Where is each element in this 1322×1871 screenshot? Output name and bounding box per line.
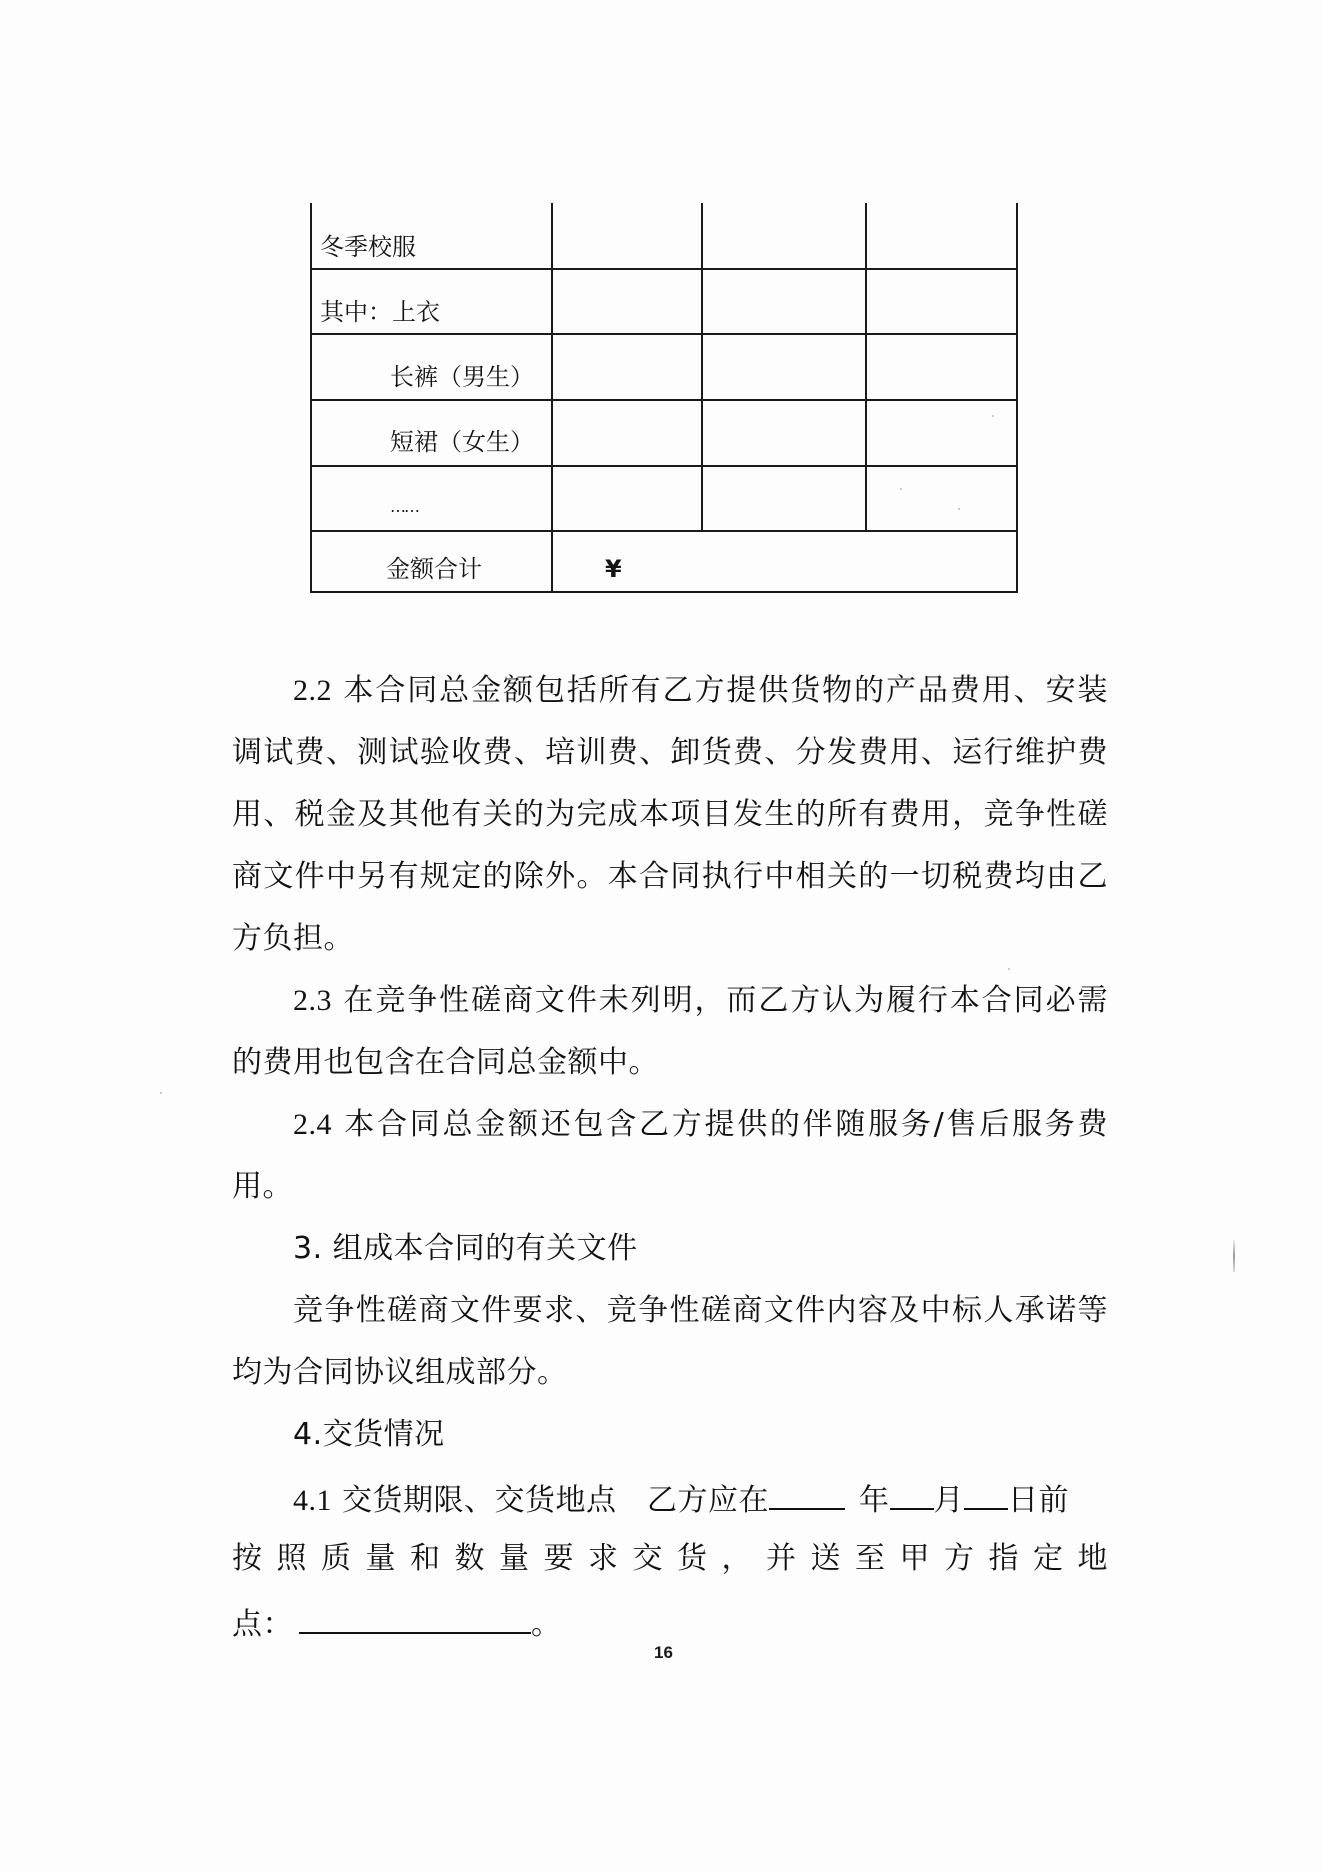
clause-2-3-line-2: 的费用也包含在合同总金额中。 [232, 1046, 1108, 1080]
place-label: 点： [232, 1607, 293, 1642]
scan-speck [1008, 968, 1010, 970]
month-label: 月 [934, 1483, 965, 1518]
section-3-line-1: 竞争性磋商文件要求、竞争性磋商文件内容及中标人承诺等 [293, 1294, 1108, 1328]
table-col-divider-2 [701, 203, 703, 532]
table-row-label: 冬季校服 [320, 233, 416, 261]
table-col-divider-1 [551, 203, 553, 593]
table-row-label: 长裤（男生） [390, 363, 534, 391]
clause-2-2-line-3: 用、税金及其他有关的为完成本项目发生的所有费用，竞争性磋 [232, 798, 1108, 832]
clause-end-punct: 。 [531, 1607, 562, 1642]
section-3-line-2: 均为合同协议组成部分。 [232, 1356, 1108, 1390]
clause-number: 2.4 [293, 1108, 332, 1141]
clause-text: 交货期限、交货地点 乙方应在 [342, 1483, 769, 1518]
month-blank-field[interactable] [890, 1480, 934, 1510]
day-blank-field[interactable] [964, 1480, 1008, 1510]
table-row-label: 其中：上衣 [320, 298, 440, 326]
table-border-bottom [310, 591, 1018, 593]
day-label: 日前 [1008, 1483, 1069, 1518]
clause-4-1-line-1: 4.1交货期限、交货地点 乙方应在年月日前 [293, 1480, 1108, 1518]
table-col-divider-3 [865, 203, 867, 532]
clause-2-4-line-1: 2.4本合同总金额还包含乙方提供的伴随服务/售后服务费 [293, 1108, 1108, 1142]
clause-number: 2.3 [293, 984, 332, 1017]
document-page: 冬季校服 其中：上衣 长裤（男生） 短裙（女生） …… 金额合计 ¥ 2.2本合… [0, 0, 1322, 1871]
clause-4-1-line-2: 按照质量和数量要求交货，并送至甲方指定地 [232, 1542, 1108, 1576]
clause-2-2-line-4: 商文件中另有规定的除外。本合同执行中相关的一切税费均由乙 [232, 860, 1108, 894]
clause-2-2-line-2: 调试费、测试验收费、培训费、卸货费、分发费用、运行维护费 [232, 736, 1108, 770]
section-4-heading: 4.交货情况 [293, 1418, 1108, 1452]
year-label: 年 [859, 1483, 890, 1518]
table-border-right [1016, 203, 1018, 593]
total-amount-label: 金额合计 [386, 555, 482, 583]
delivery-place-blank-field[interactable] [299, 1604, 531, 1634]
scan-speck [992, 415, 994, 417]
scan-speck [958, 508, 960, 510]
uniform-price-table: 冬季校服 其中：上衣 长裤（男生） 短裙（女生） …… 金额合计 ¥ [310, 203, 1018, 593]
year-blank-field[interactable] [769, 1480, 845, 1510]
clause-text: 在竞争性磋商文件未列明，而乙方认为履行本合同必需 [342, 983, 1108, 1018]
table-row-line-2 [310, 333, 1018, 335]
table-row-line-1 [310, 268, 1018, 270]
table-row-line-3 [310, 399, 1018, 401]
table-row-label: 短裙（女生） [390, 428, 534, 456]
table-border-left [310, 203, 312, 593]
page-number: 16 [654, 1643, 673, 1663]
table-row-line-5 [310, 530, 1018, 532]
clause-4-1-line-3: 点：。 [232, 1604, 1108, 1642]
clause-text: 本合同总金额包括所有乙方提供货物的产品费用、安装 [342, 673, 1108, 708]
section-3-heading: 3. 组成本合同的有关文件 [293, 1232, 1108, 1266]
table-row-line-4 [310, 465, 1018, 467]
clause-number: 2.2 [293, 674, 332, 707]
clause-2-2-line-1: 2.2本合同总金额包括所有乙方提供货物的产品费用、安装 [293, 674, 1108, 708]
table-row-label: …… [390, 493, 418, 521]
scan-speck [900, 488, 902, 490]
clause-text: 本合同总金额还包含乙方提供的伴随服务/售后服务费 [342, 1107, 1108, 1142]
clause-2-3-line-1: 2.3在竞争性磋商文件未列明，而乙方认为履行本合同必需 [293, 984, 1108, 1018]
scan-speck [160, 1092, 162, 1094]
clause-2-2-line-5: 方负担。 [232, 922, 1108, 956]
clause-number: 4.1 [293, 1484, 332, 1517]
clause-2-4-line-2: 用。 [232, 1170, 1108, 1204]
total-amount-value: ¥ [605, 555, 622, 583]
scan-artifact-mark [1233, 1240, 1235, 1272]
